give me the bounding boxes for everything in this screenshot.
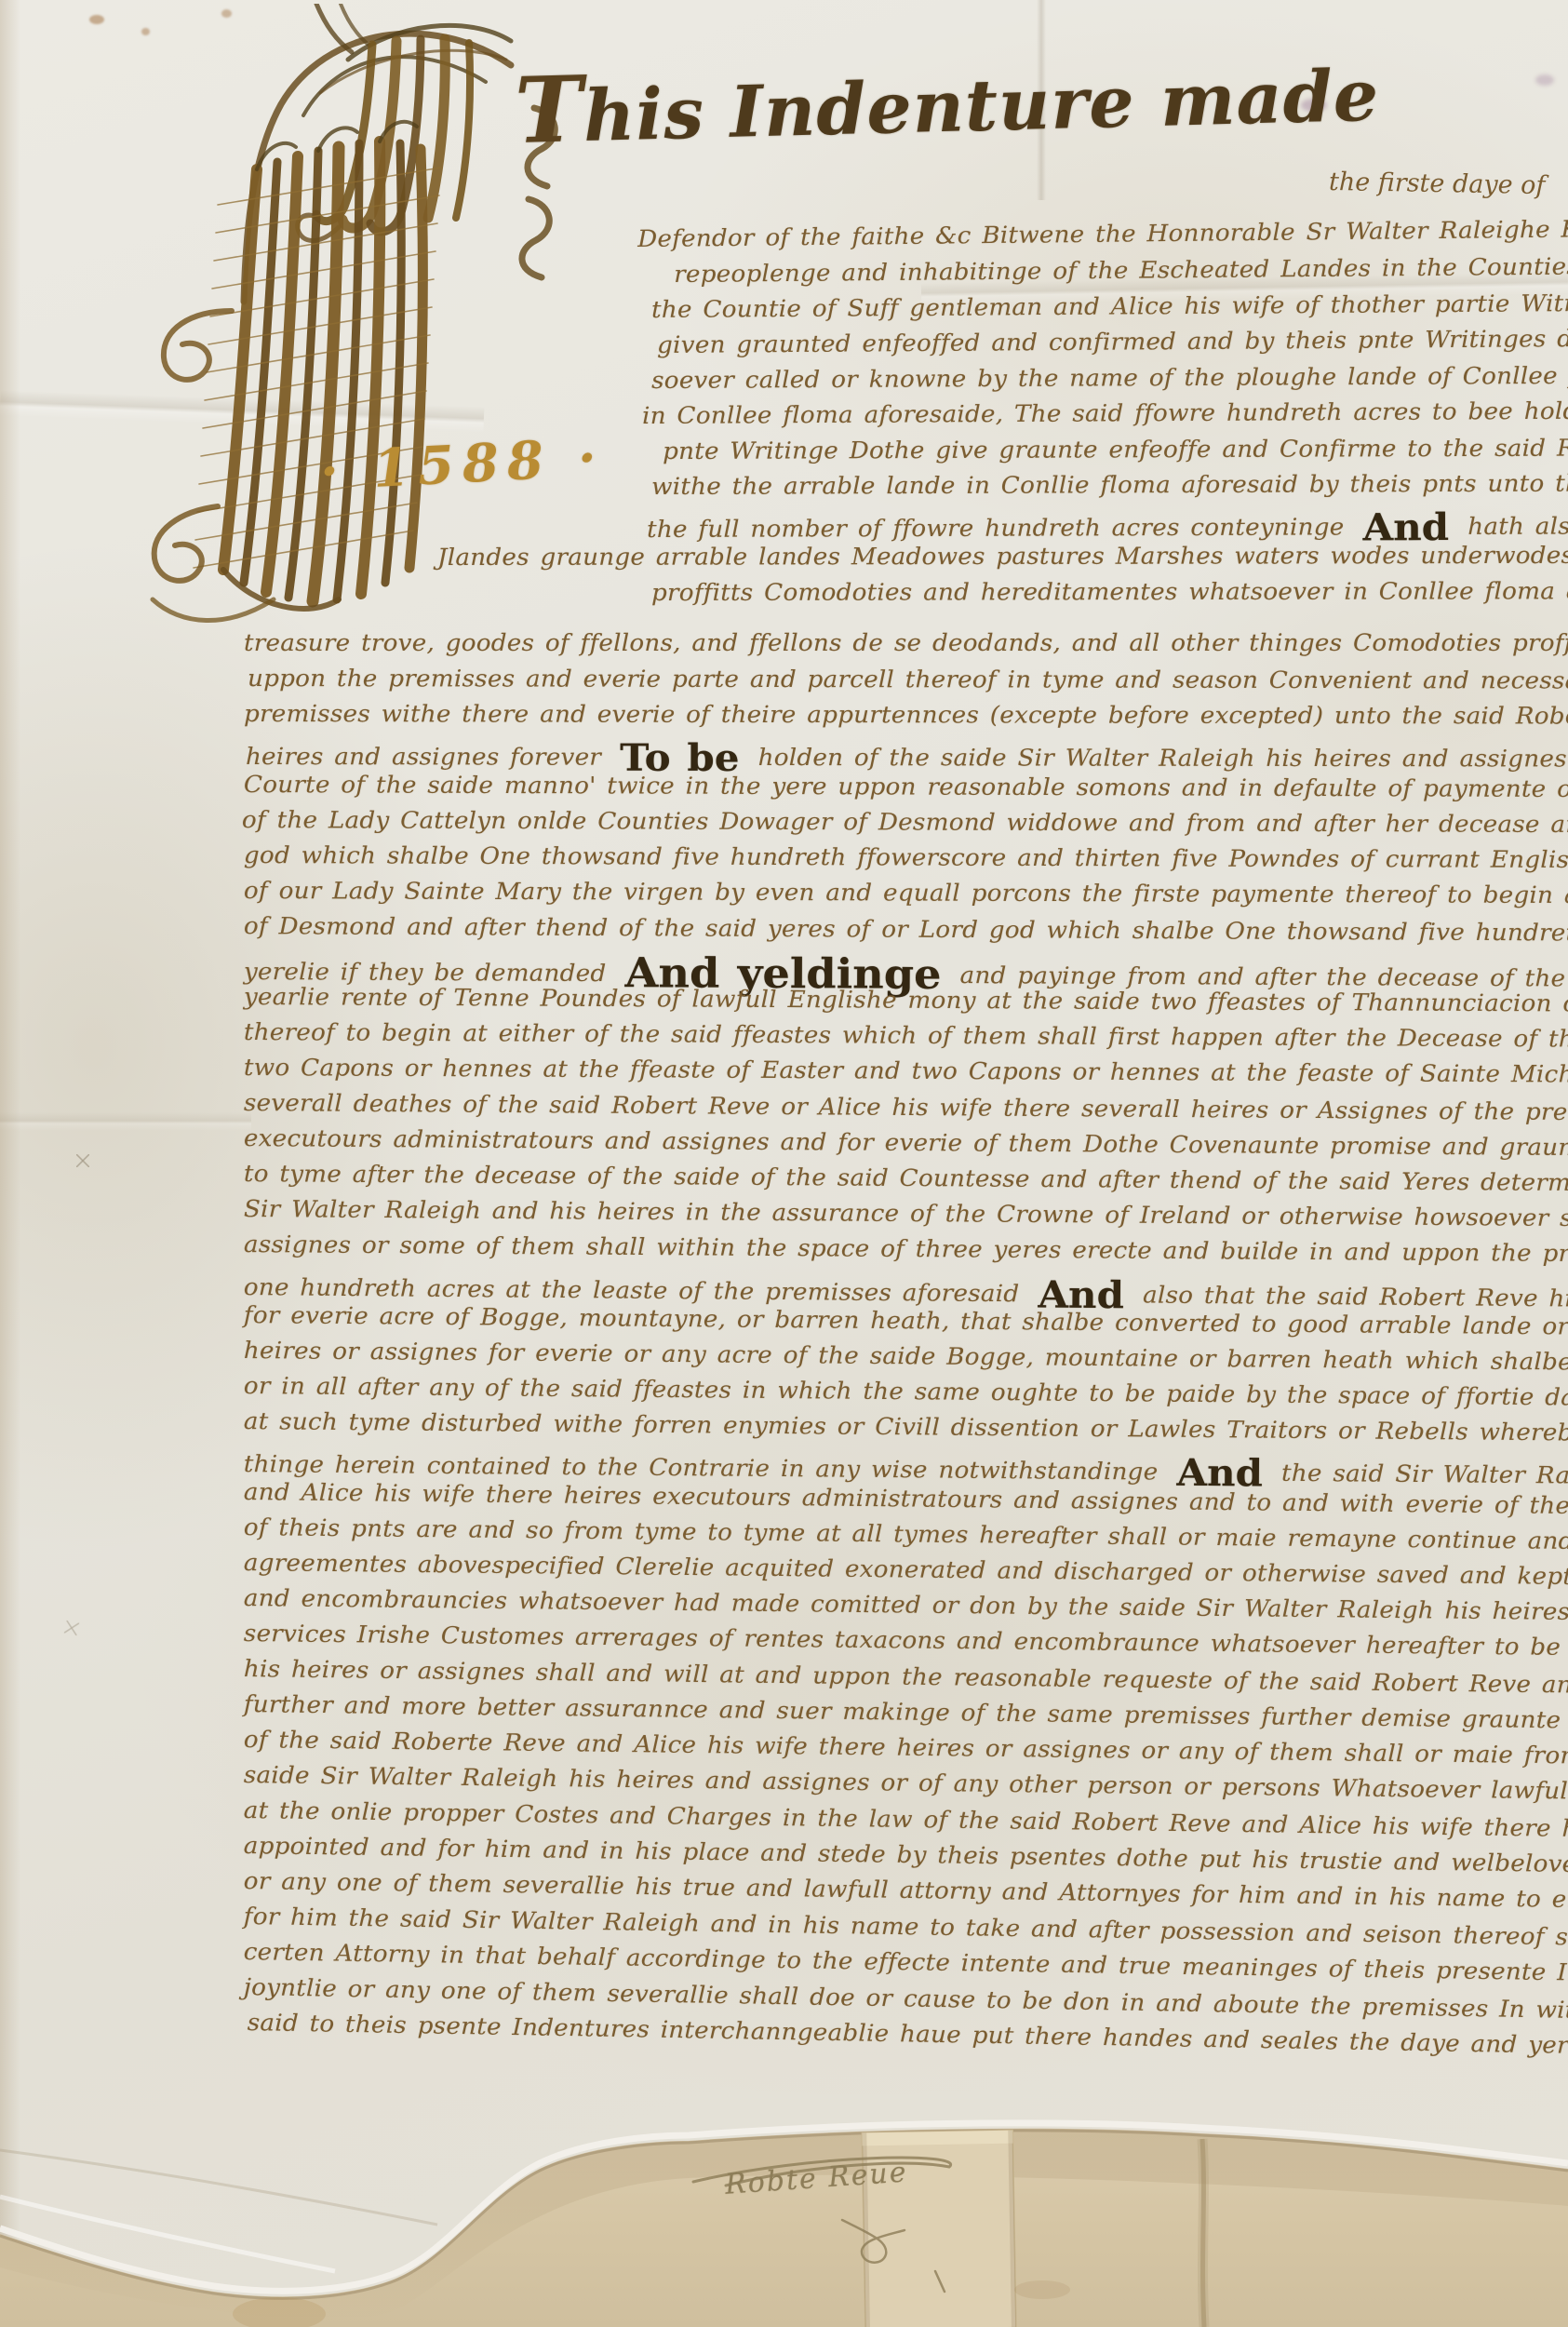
manuscript-line: proffitts Comodoties and hereditamentes …	[651, 577, 1568, 606]
manuscript-line: in Conllee floma aforesaide, The said ff…	[642, 397, 1568, 429]
heading-date-fragment: the firste daye of	[1329, 168, 1546, 200]
horizontal-crease	[0, 1112, 251, 1131]
manuscript-line: severall deathes of the said Robert Reve…	[244, 1089, 1568, 1127]
manuscript-line: of Desmond and after thend of the said y…	[244, 912, 1568, 948]
manuscript-line: Defendor of the faithe &c Bitwene the Ho…	[637, 214, 1568, 252]
ink-smudge	[1535, 74, 1554, 86]
manuscript-line: of our Lady Sainte Mary the virgen by ev…	[244, 877, 1568, 909]
margin-mark	[64, 1621, 80, 1636]
manuscript-line: the Countie of Suff gentleman and Alice …	[651, 289, 1568, 323]
manuscript-line: uppon the premisses and everie parte and…	[248, 665, 1568, 694]
manuscript-line: treasure trove, goodes of ffellons, and …	[244, 629, 1568, 656]
manuscript-line: executours administratours and assignes …	[244, 1124, 1568, 1163]
manuscript-line: yearlie rente of Tenne Poundes of lawful…	[244, 983, 1568, 1018]
manuscript-line: god which shalbe One thowsand five hundr…	[244, 841, 1568, 874]
manuscript-line: of the Lady Cattelyn onlde Counties Dowa…	[242, 806, 1568, 839]
manuscript-line: Courte of the saide manno' twice in the …	[244, 771, 1568, 803]
decorative-initial	[41, 4, 562, 637]
manuscript-line: heires or assignes for everie or any acr…	[244, 1337, 1568, 1378]
manuscript-line: withe the arrable lande in Conllie floma…	[651, 469, 1568, 500]
manuscript-line: pnte Writinge Dothe give graunte enfeoff…	[663, 434, 1568, 464]
manuscript-line: to tyme after the decease of the saide o…	[244, 1160, 1568, 1198]
manuscript-line: two Capons or hennes at the ffeaste of E…	[244, 1054, 1568, 1089]
parchment-document: This Indenture made the firste daye of ·…	[0, 0, 1568, 2327]
manuscript-line: premisses withe there and everie of thei…	[244, 700, 1568, 730]
manuscript-line: or in all after any of the said ffeastes…	[244, 1372, 1568, 1413]
margin-mark	[76, 1154, 89, 1167]
manuscript-line: soever called or knowne by the name of t…	[651, 361, 1568, 394]
document-heading: This Indenture made	[514, 35, 1380, 164]
manuscript-line: Sir Walter Raleigh and his heires in the…	[244, 1195, 1568, 1233]
manuscript-line: assignes or some of them shall within th…	[244, 1231, 1568, 1269]
manuscript-line: repeoplenge and inhabitinge of the Esche…	[674, 251, 1568, 288]
manuscript-line: at such tyme disturbed withe forren enym…	[244, 1407, 1568, 1448]
manuscript-line: Jlandes graunge arrable landes Meadowes …	[437, 541, 1568, 571]
manuscript-line: thereof to begin at either of the said f…	[244, 1018, 1568, 1054]
manuscript-line: given graunted enfeoffed and confirmed a…	[657, 324, 1568, 358]
